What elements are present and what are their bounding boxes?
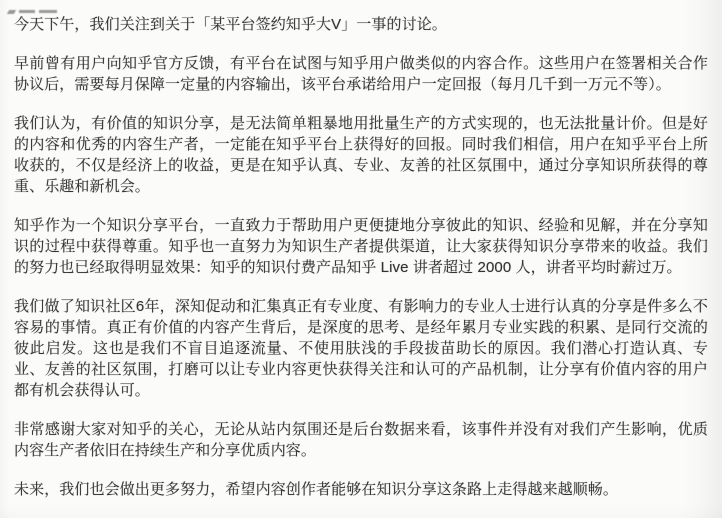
cropped-text-artifact — [8, 9, 60, 14]
statement-paragraph-2: 早前曾有用户向知乎官方反馈，有平台在试图与知乎用户做类似的内容合作。这些用户在签… — [14, 53, 708, 95]
statement-paragraph-7: 未来，我们也会做出更多努力，希望内容创作者能够在知识分享这条路上走得越来越顺畅。 — [14, 479, 708, 500]
statement-paragraph-3: 我们认为，有价值的知识分享，是无法简单粗暴地用批量生产的方式实现的，也无法批量计… — [14, 113, 708, 197]
statement-paragraph-5: 我们做了知识社区6年，深知促动和汇集真正有专业度、有影响力的专业人士进行认真的分… — [14, 296, 708, 401]
statement-text: 今天下午，我们关注到关于「某平台签约知乎大V」一事的讨论。 早前曾有用户向知乎官… — [14, 14, 708, 500]
statement-paragraph-4: 知乎作为一个知识分享平台，一直致力于帮助用户更便捷地分享彼此的知识、经验和见解，… — [14, 215, 708, 278]
statement-paragraph-6: 非常感谢大家对知乎的关心，无论从站内氛围还是后台数据来看，该事件并没有对我们产生… — [14, 419, 708, 461]
statement-paragraph-1: 今天下午，我们关注到关于「某平台签约知乎大V」一事的讨论。 — [14, 14, 708, 35]
statement-page: 今天下午，我们关注到关于「某平台签约知乎大V」一事的讨论。 早前曾有用户向知乎官… — [0, 0, 722, 518]
